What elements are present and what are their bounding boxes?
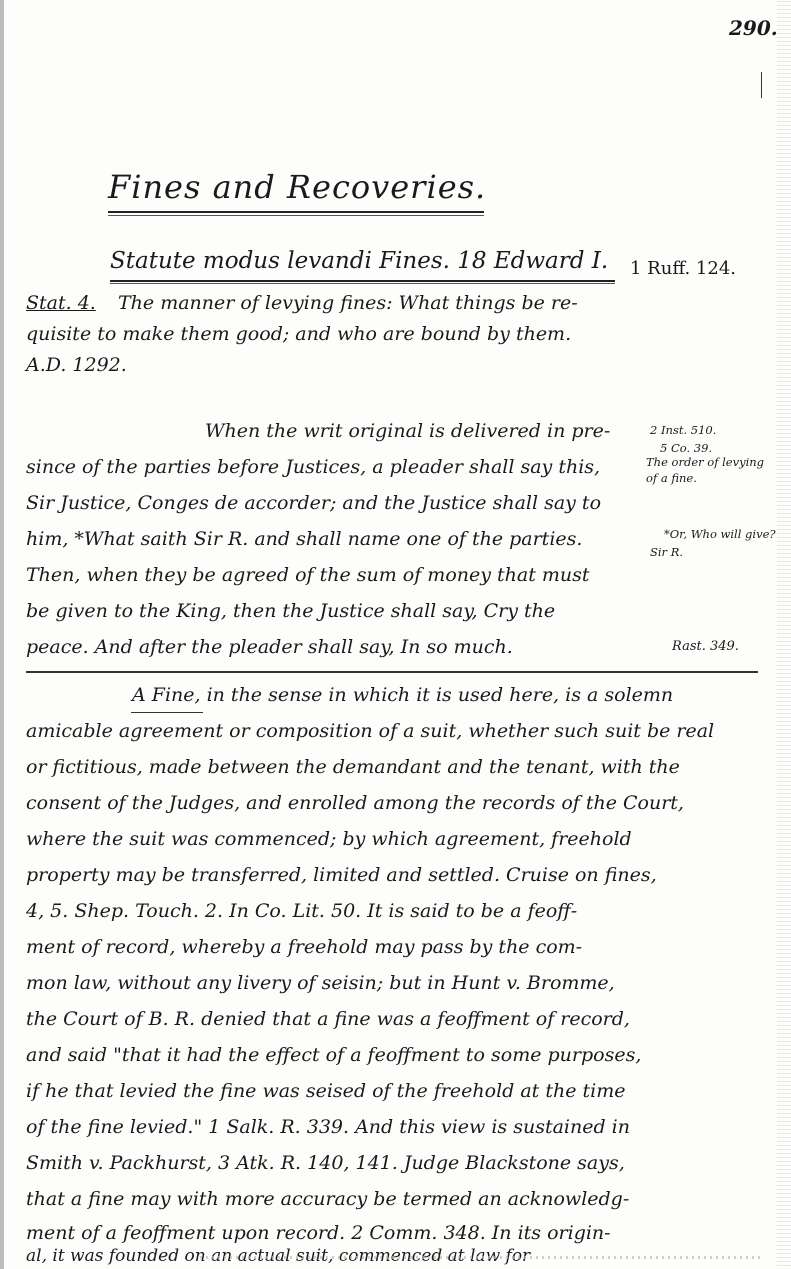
body-line: of the fine levied." 1 Salk. R. 339. And… (26, 1116, 630, 1138)
body-line: Smith v. Packhurst, 3 Atk. R. 140, 141. … (26, 1152, 625, 1174)
body-line: property may be transferred, limited and… (26, 864, 657, 886)
margin-footnote: *Or, Who will give? (664, 528, 776, 541)
scan-right-edge (777, 0, 791, 1269)
body-line: consent of the Judges, and enrolled amon… (26, 792, 684, 814)
statute-underline-2 (110, 283, 615, 284)
body-line: the Court of B. R. denied that a fine wa… (26, 1008, 630, 1030)
body-line: that a fine may with more accuracy be te… (26, 1188, 629, 1210)
statute-heading: Statute modus levandi Fines. 18 Edward I… (110, 248, 608, 274)
stat-label: Stat. 4. (26, 292, 96, 314)
stat-line: The manner of levying fines: What things… (118, 292, 578, 314)
body-line: mon law, without any livery of seisin; b… (26, 972, 615, 994)
body-line: 4, 5. Shep. Touch. 2. In Co. Lit. 50. It… (26, 900, 577, 922)
title-underline-2 (108, 215, 484, 216)
page-number: 290. (729, 16, 778, 40)
statute-underline (110, 280, 615, 282)
margin-note-co: 5 Co. 39. (660, 442, 712, 455)
body-line: amicable agreement or composition of a s… (26, 720, 714, 742)
section-divider (26, 671, 758, 673)
margin-footnote-2: Sir R. (650, 546, 683, 559)
body-line: ment of record, whereby a freehold may p… (26, 936, 582, 958)
body-line: A Fine, in the sense in which it is used… (132, 684, 673, 706)
passage-line: peace. And after the pleader shall say, … (26, 636, 513, 658)
statute-citation: 1 Ruff. 124. (630, 258, 736, 279)
scan-noise (200, 1256, 760, 1259)
passage-line: him, *What saith Sir R. and shall name o… (26, 528, 582, 550)
body-line: if he that levied the fine was seised of… (26, 1080, 625, 1102)
scan-left-edge (0, 0, 4, 1269)
margin-note-order: The order of levying (646, 456, 764, 469)
passage-line: Sir Justice, Conges de accorder; and the… (26, 492, 601, 514)
a-fine-underline (131, 712, 203, 713)
body-line: and said "that it had the effect of a fe… (26, 1044, 641, 1066)
margin-note-order-2: of a fine. (646, 472, 697, 485)
margin-note-inst: 2 Inst. 510. (650, 424, 716, 437)
body-line: or fictitious, made between the demandan… (26, 756, 680, 778)
title-underline (108, 211, 484, 213)
margin-tick (761, 72, 762, 98)
passage-line: When the writ original is delivered in p… (205, 420, 610, 442)
stat-line: A.D. 1292. (26, 354, 127, 376)
body-line: ment of a feoffment upon record. 2 Comm.… (26, 1222, 611, 1244)
page-title: Fines and Recoveries. (108, 168, 486, 206)
stat-line: quisite to make them good; and who are b… (26, 323, 571, 345)
passage-line: be given to the King, then the Justice s… (26, 600, 555, 622)
passage-line: since of the parties before Justices, a … (26, 456, 600, 478)
body-line: where the suit was commenced; by which a… (26, 828, 632, 850)
passage-line: Then, when they be agreed of the sum of … (26, 564, 590, 586)
margin-note-rast: Rast. 349. (672, 640, 739, 655)
